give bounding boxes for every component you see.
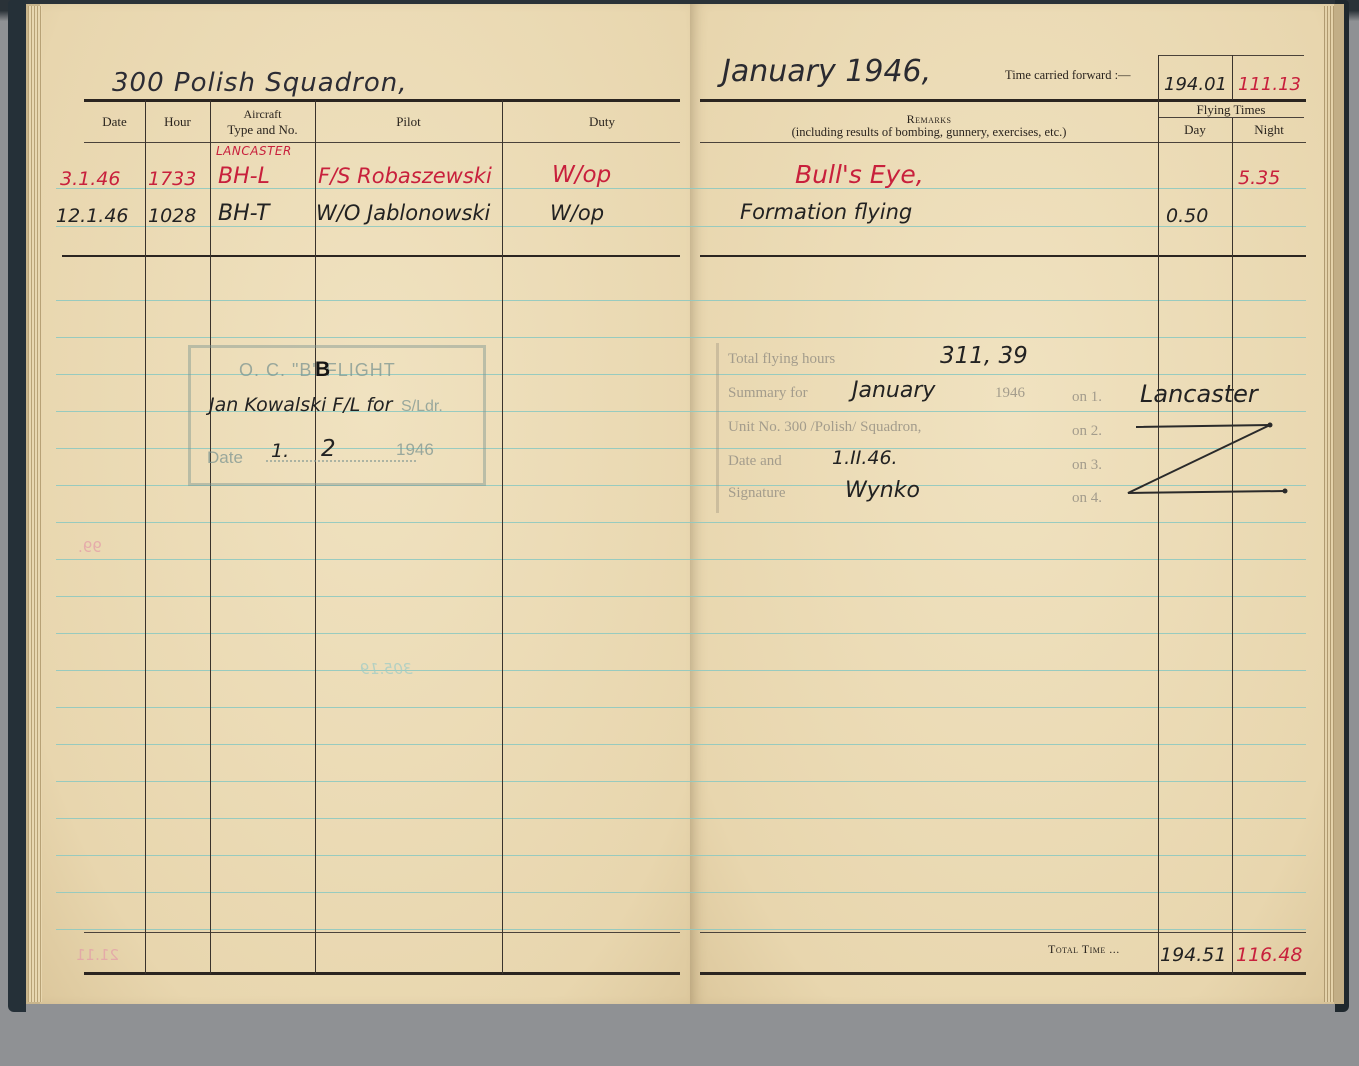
entry-night-time: 5.35 (1238, 167, 1280, 189)
logbook-right-page (690, 4, 1344, 1004)
page-edges-right (1324, 6, 1334, 1002)
column-header-hour: Hour (145, 114, 210, 129)
summary-date-value: 1.II.46. (832, 447, 898, 469)
time-carried-forward-label: Time carried forward :— (1005, 68, 1131, 83)
summary-on-3: on 3. (1072, 457, 1102, 474)
aircraft-header-line2: Type and No. (210, 122, 315, 137)
summary-total-label: Total flying hours (728, 351, 835, 368)
carried-forward-day: 194.01 (1164, 74, 1227, 95)
summary-total-value: 311, 39 (940, 343, 1028, 369)
stamp-rank: S/Ldr. (401, 398, 443, 416)
stamp-date-month: 2 (321, 436, 336, 462)
total-time-label: Total Time ... (1048, 942, 1120, 957)
entry-aircraft-no: BH-L (218, 164, 270, 189)
entry-pilot: F/S Robaszewski (318, 164, 492, 188)
column-header-night: Night (1232, 122, 1306, 137)
column-header-aircraft: Aircraft Type and No. (210, 107, 315, 137)
entry-hour: 1028 (148, 205, 196, 227)
squadron-heading: 300 Polish Squadron, (112, 68, 407, 98)
total-night: 116.48 (1236, 944, 1302, 966)
entry-day-time: 0.50 (1166, 205, 1208, 227)
stamp-flight-letter: B (315, 358, 330, 382)
bleed-through-mark: 305.19 (360, 660, 413, 678)
column-header-duty: Duty (502, 114, 702, 129)
summary-on-4: on 4. (1072, 490, 1102, 507)
total-day: 194.51 (1160, 944, 1226, 966)
column-header-date: Date (84, 114, 145, 129)
aircraft-header-line1: Aircraft (210, 107, 315, 122)
entry-aircraft-no: BH-T (218, 201, 269, 226)
carried-forward-night: 111.13 (1238, 74, 1301, 95)
entry-duty: W/op (552, 162, 611, 188)
summary-month: January (852, 378, 935, 403)
logbook-left-page (26, 4, 704, 1004)
stamp-signature: Jan Kowalski F/L for (209, 394, 393, 416)
entry-remarks: Formation flying (740, 200, 912, 224)
entry-date: 3.1.46 (60, 168, 120, 190)
summary-for-label: Summary for (728, 385, 808, 402)
flying-times-header: Flying Times (1158, 102, 1304, 117)
stamp-border (716, 343, 719, 513)
summary-year-printed: 1946 (995, 385, 1025, 402)
bleed-through-mark: 99. (78, 538, 102, 556)
ditto-z-mark (1120, 415, 1295, 500)
month-heading: January 1946, (722, 54, 931, 89)
entry-date: 12.1.46 (56, 205, 129, 227)
summary-on-2: on 2. (1072, 423, 1102, 440)
summary-date-label: Date and (728, 453, 782, 470)
stamp-date-day: 1. (271, 440, 289, 462)
oc-flight-stamp: O. C. "B" FLIGHT B Jan Kowalski F/L for … (188, 345, 486, 486)
book-cover-left (8, 0, 26, 1012)
page-edges-left (28, 6, 42, 1002)
column-header-pilot: Pilot (315, 114, 502, 129)
stamp-date-label: Date (207, 448, 243, 468)
stamp-date-dotted-line (266, 460, 416, 462)
remarks-subheader: (including results of bombing, gunnery, … (700, 125, 1158, 140)
summary-signature-label: Signature (728, 485, 786, 502)
column-header-day: Day (1158, 122, 1232, 137)
entry-aircraft-type: LANCASTER (216, 144, 292, 158)
entry-hour: 1733 (148, 168, 196, 190)
entry-pilot: W/O Jablonowski (316, 201, 490, 225)
stamp-date-year: 1946 (396, 440, 434, 460)
summary-unit-label: Unit No. 300 /Polish/ Squadron, (728, 419, 921, 436)
entry-duty: W/op (550, 201, 604, 225)
bleed-through-mark: 21.11 (76, 946, 119, 964)
entry-remarks: Bull's Eye, (795, 160, 924, 189)
summary-on-1: on 1. (1072, 389, 1102, 406)
summary-aircraft-1: Lancaster (1140, 380, 1258, 408)
summary-signature: Wynko (845, 478, 920, 503)
